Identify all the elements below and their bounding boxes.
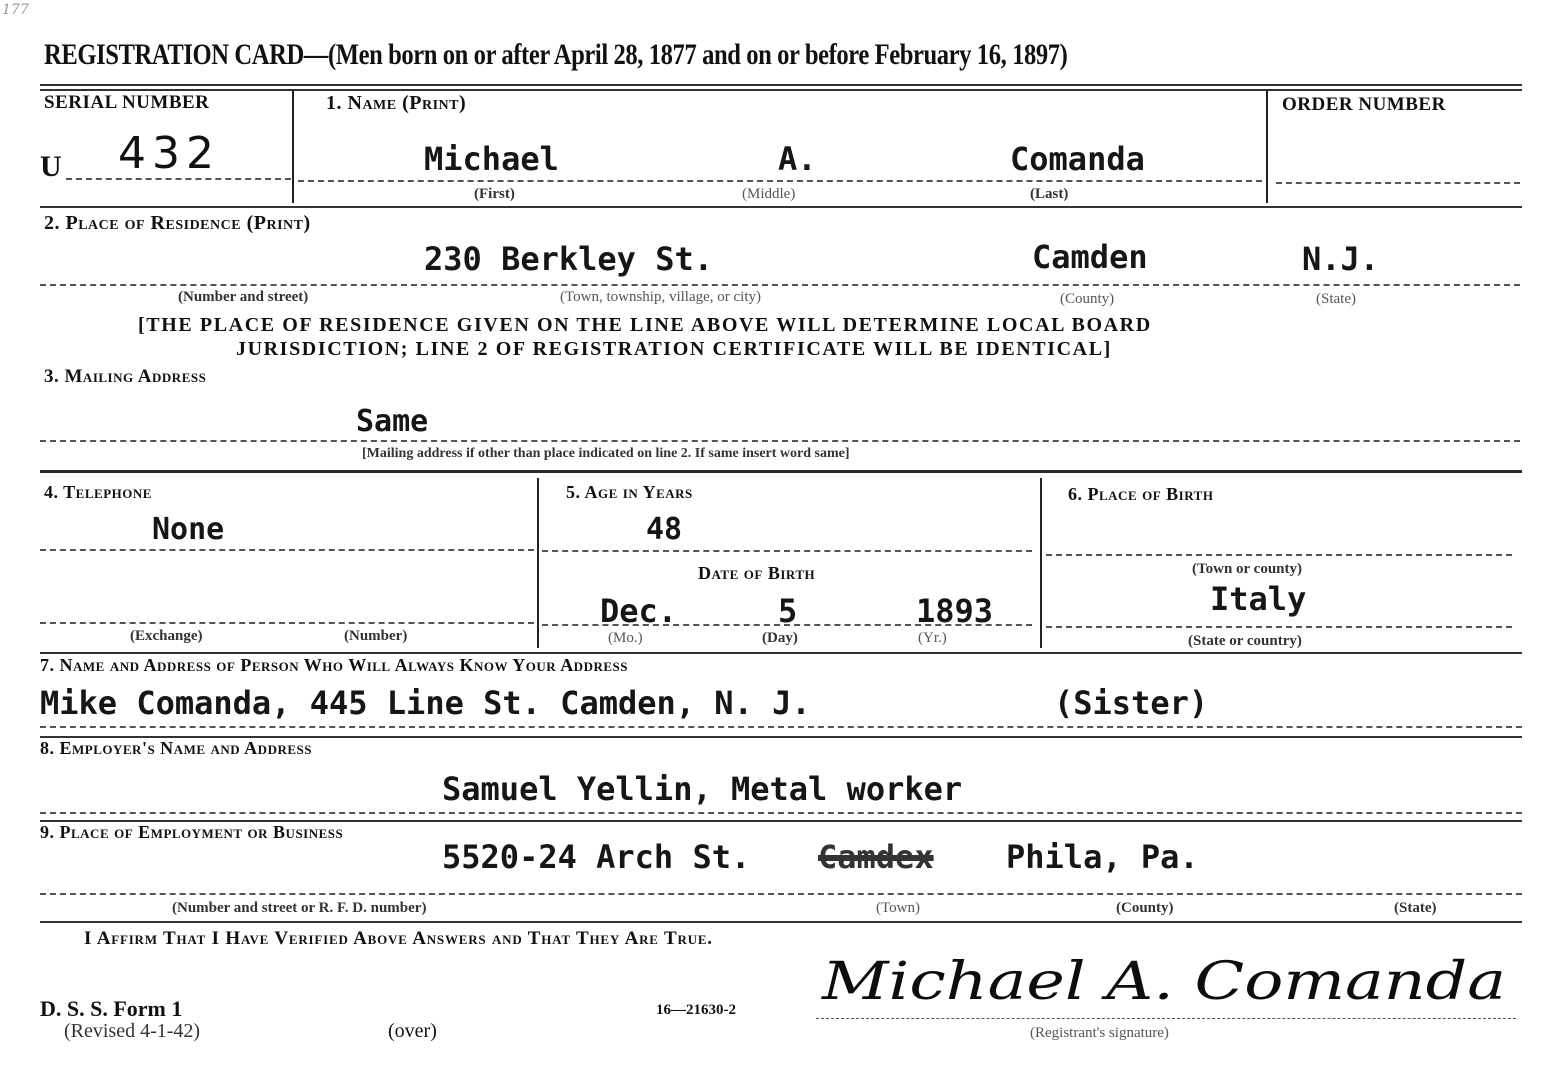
county-caption: (County) <box>1060 291 1114 308</box>
street-caption: (Number and street) <box>178 289 308 306</box>
month-caption: (Mo.) <box>608 630 643 647</box>
print-code: 16—21630-2 <box>656 1002 736 1019</box>
employer-line <box>40 812 1522 814</box>
order-line <box>1276 182 1520 184</box>
serial-prefix: U <box>40 150 62 184</box>
divider <box>40 89 1522 91</box>
age-label: 5. Age in Years <box>566 482 693 503</box>
residence-label: 2. Place of Residence (Print) <box>44 212 311 235</box>
date-of-birth-label: Date of Birth <box>698 563 815 584</box>
dob-line <box>542 624 1032 626</box>
over-label: (over) <box>388 1020 437 1043</box>
birth-town-line <box>1046 554 1512 556</box>
employment-line <box>40 893 1522 895</box>
vertical-divider <box>292 91 294 203</box>
form-revised: (Revised 4-1-42) <box>64 1020 200 1043</box>
employment-street-caption: (Number and street or R. F. D. number) <box>172 900 426 917</box>
telephone-line <box>40 549 534 551</box>
telephone-value[interactable]: None <box>152 512 224 547</box>
telephone-number-line <box>40 622 534 624</box>
town-or-county-caption: (Town or county) <box>1192 561 1302 578</box>
middle-caption: (Middle) <box>742 186 795 203</box>
exchange-caption: (Exchange) <box>130 628 203 645</box>
residence-street[interactable]: 230 Berkley St. <box>424 240 713 278</box>
card-title: REGISTRATION CARD—(Men born on or after … <box>44 38 1067 72</box>
signature-caption: (Registrant's signature) <box>1030 1025 1169 1042</box>
vertical-divider <box>1040 478 1042 648</box>
contact-label: 7. Name and Address of Person Who Will A… <box>40 655 628 676</box>
name-last[interactable]: Comanda <box>1010 140 1145 178</box>
name-first[interactable]: Michael <box>424 140 559 178</box>
day-caption: (Day) <box>762 630 798 647</box>
employment-label: 9. Place of Employment or Business <box>40 822 343 843</box>
residence-state[interactable]: N.J. <box>1302 240 1379 278</box>
name-label: 1. Name (Print) <box>326 92 466 115</box>
employment-county-caption: (County) <box>1116 900 1174 917</box>
town-caption: (Town, township, village, or city) <box>560 289 761 306</box>
birth-country-line <box>1046 626 1512 628</box>
employment-town-caption: (Town) <box>876 900 920 917</box>
employment-state-caption: (State) <box>1394 900 1436 917</box>
signature-line <box>816 1018 1516 1019</box>
registrant-signature[interactable]: Michael A. Comanda <box>822 952 1506 1012</box>
contact-value[interactable]: Mike Comanda, 445 Line St. Camden, N. J. <box>40 684 811 722</box>
divider <box>40 84 1522 86</box>
divider <box>40 921 1522 923</box>
form-name: D. S. S. Form 1 <box>40 996 182 1022</box>
mailing-address-label: 3. Mailing Address <box>44 366 206 388</box>
employer-value[interactable]: Samuel Yellin, Metal worker <box>442 770 962 808</box>
birth-country-value[interactable]: Italy <box>1210 580 1306 618</box>
residence-county[interactable]: Camden <box>1032 238 1148 276</box>
age-line <box>542 550 1032 552</box>
first-caption: (First) <box>474 186 515 203</box>
vertical-divider <box>1266 91 1268 203</box>
residence-notice-line1: [THE PLACE OF RESIDENCE GIVEN ON THE LIN… <box>138 314 1152 337</box>
state-or-country-caption: (State or country) <box>1188 633 1302 650</box>
contact-relation[interactable]: (Sister) <box>1054 684 1208 722</box>
age-value[interactable]: 48 <box>646 512 682 547</box>
serial-line <box>66 178 291 180</box>
place-of-birth-label: 6. Place of Birth <box>1068 484 1213 505</box>
vertical-divider <box>537 478 539 648</box>
employment-street[interactable]: 5520-24 Arch St. <box>442 838 750 876</box>
order-number-label: ORDER NUMBER <box>1282 94 1446 116</box>
employer-label: 8. Employer's Name and Address <box>40 738 312 759</box>
last-caption: (Last) <box>1030 186 1068 203</box>
name-middle[interactable]: A. <box>778 140 817 178</box>
employment-struck-text: Camdex <box>818 838 934 876</box>
number-caption: (Number) <box>344 628 407 645</box>
divider <box>40 470 1522 473</box>
year-caption: (Yr.) <box>918 630 947 647</box>
mailing-caption: [Mailing address if other than place ind… <box>362 446 850 462</box>
struck-out-word: Camdex <box>818 838 934 876</box>
name-line <box>298 180 1262 182</box>
contact-line <box>40 726 1522 728</box>
employment-city-state[interactable]: Phila, Pa. <box>1006 838 1199 876</box>
state-caption: (State) <box>1316 291 1356 308</box>
affirmation-text: I Affirm That I Have Verified Above Answ… <box>84 928 713 950</box>
telephone-label: 4. Telephone <box>44 482 152 503</box>
serial-number-value[interactable]: 432 <box>118 128 220 179</box>
serial-number-label: SERIAL NUMBER <box>44 92 209 114</box>
mailing-line <box>40 440 1520 442</box>
corner-mark: 177 <box>2 2 29 18</box>
residence-notice-line2: JURISDICTION; LINE 2 OF REGISTRATION CER… <box>236 338 1112 361</box>
mailing-address-value[interactable]: Same <box>356 404 428 439</box>
residence-line <box>40 284 1520 286</box>
divider <box>40 652 1522 654</box>
divider <box>40 206 1522 208</box>
